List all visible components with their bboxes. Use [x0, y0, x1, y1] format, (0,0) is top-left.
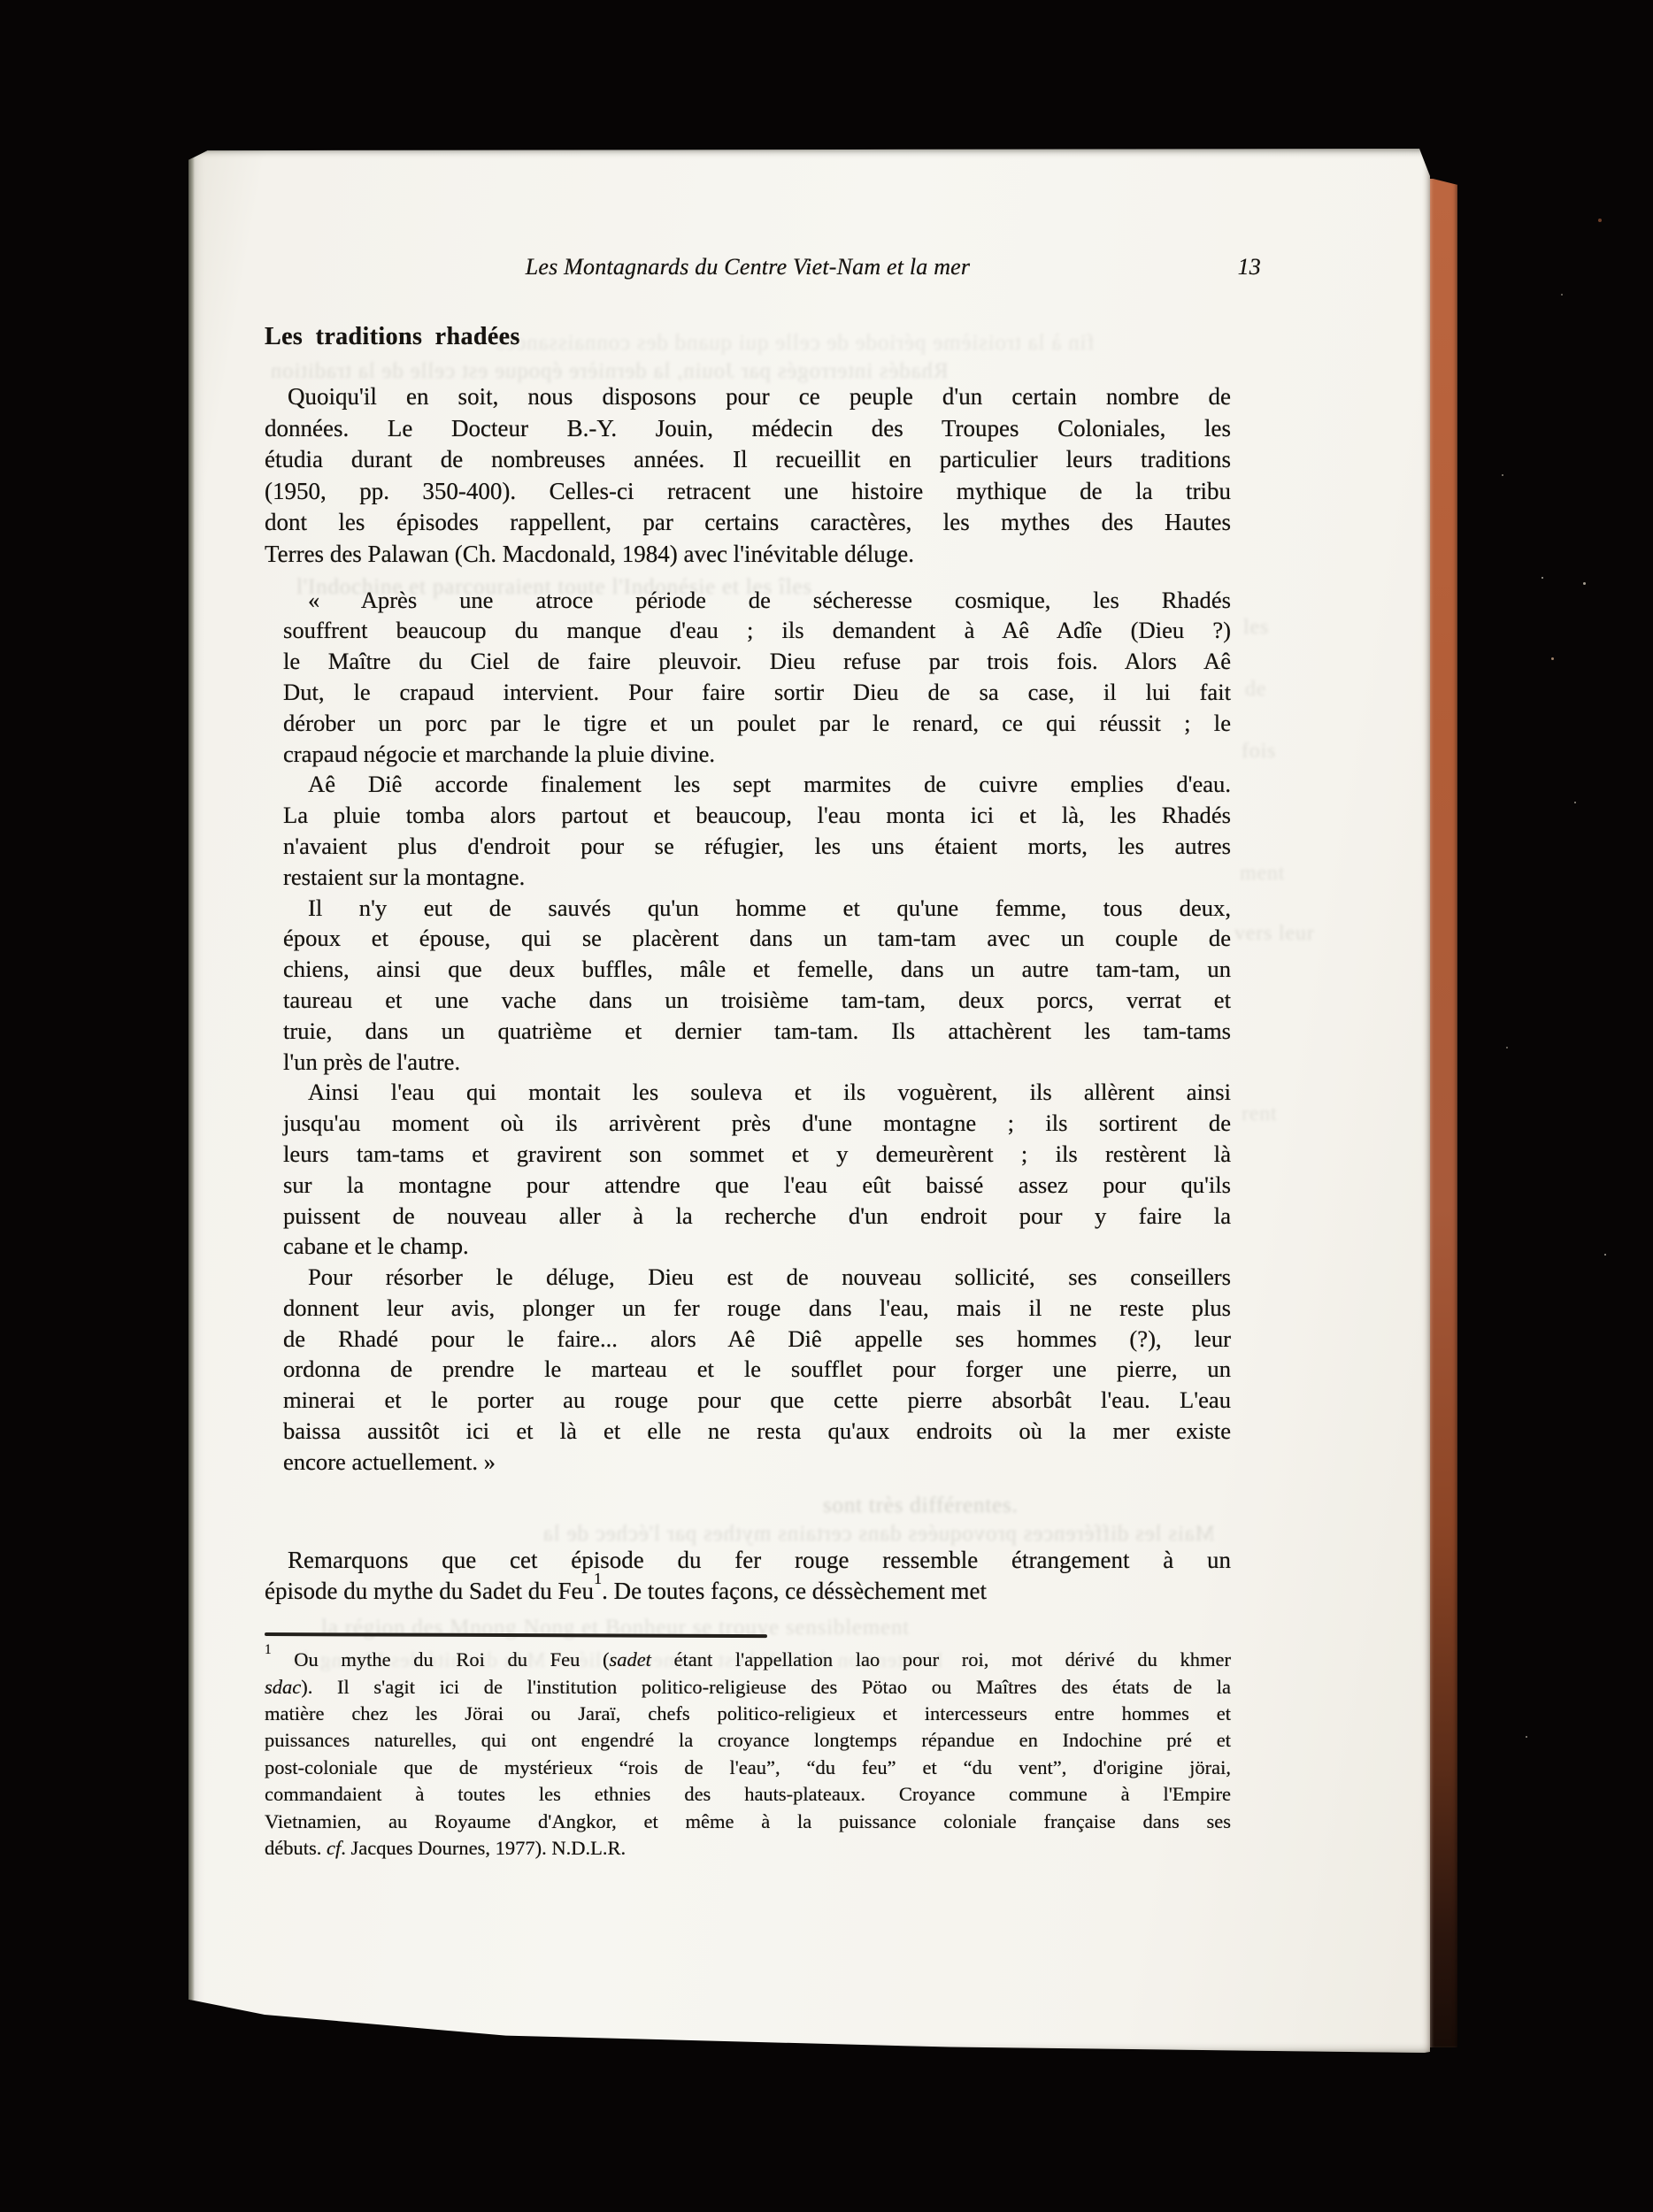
text-segment: épisode du mythe du Sadet du Feu — [265, 1578, 594, 1604]
quote-paragraph: Aê Diê accorde finalement les sept marmi… — [283, 769, 1231, 892]
text-segment: sadet — [609, 1648, 651, 1671]
text-line: de Rhadé pour le faire... alors Aê Diê a… — [283, 1324, 1231, 1355]
dust-speck — [1502, 474, 1503, 476]
text-line: époux et épouse, qui se placèrent dans u… — [283, 923, 1231, 954]
text-line: Vietnamien, au Royaume d'Angkor, et même… — [265, 1809, 1231, 1835]
text-segment: cf — [327, 1837, 341, 1859]
quote-paragraph: Pour résorber le déluge, Dieu est de nou… — [283, 1262, 1231, 1478]
text-line: Ainsi l'eau qui montait les souleva et i… — [283, 1077, 1231, 1108]
dust-speck — [1506, 1047, 1508, 1048]
text-line: Aê Diê accorde finalement les sept marmi… — [283, 769, 1231, 800]
text-line: l'un près de l'autre. — [283, 1047, 1231, 1078]
text-segment: 1 — [265, 1642, 272, 1657]
footnote: 1 Ou mythe du Roi du Feu (sadet étant l'… — [265, 1647, 1231, 1862]
text-line: Il n'y eut de sauvés qu'un homme et qu'u… — [283, 893, 1231, 924]
text-line: étudia durant de nombreuses années. Il r… — [265, 444, 1231, 476]
dust-speck — [1574, 802, 1576, 803]
quote-paragraph: Il n'y eut de sauvés qu'un homme et qu'u… — [283, 893, 1231, 1078]
text-line: (1950, pp. 350-400). Celles-ci retracent… — [265, 476, 1231, 508]
text-line: donnent leur avis, plonger un fer rouge … — [283, 1293, 1231, 1324]
text-line: puissances naturelles, qui ont engendré … — [265, 1727, 1231, 1754]
page-number: 13 — [1238, 252, 1261, 281]
running-header: Les Montagnards du Centre Viet-Nam et la… — [265, 252, 1231, 281]
dust-speck — [1542, 577, 1543, 579]
photo-background: { "book": { "running_header": "Les Monta… — [0, 0, 1653, 2212]
text-line: chiens, ainsi que deux buffles, mâle et … — [283, 954, 1231, 985]
text-line: 1 Ou mythe du Roi du Feu (sadet étant l'… — [265, 1647, 1231, 1673]
text-line: données. Le Docteur B.-Y. Jouin, médecin… — [265, 413, 1231, 445]
text-line: souffrent beaucoup du manque d'eau ; ils… — [283, 615, 1231, 646]
text-line: La pluie tomba alors partout et beaucoup… — [283, 800, 1231, 831]
text-line: débuts. cf. Jacques Dournes, 1977). N.D.… — [265, 1835, 1231, 1862]
text-line: jusqu'au moment où ils arrivèrent près d… — [283, 1108, 1231, 1139]
text-line: baissa aussitôt ici et là et elle ne res… — [283, 1416, 1231, 1447]
text-line: truie, dans un quatrième et dernier tam-… — [283, 1016, 1231, 1047]
text-line: Remarquons que cet épisode du fer rouge … — [265, 1545, 1231, 1577]
text-line: sur la montagne pour attendre que l'eau … — [283, 1170, 1231, 1201]
text-line: le Maître du Ciel de faire pleuvoir. Die… — [283, 646, 1231, 677]
book-page: fin à la troisième période de celle qui … — [188, 149, 1457, 2053]
quote-paragraph: « Après une atroce période de sécheresse… — [283, 585, 1231, 770]
text-line: encore actuellement. » — [283, 1447, 1231, 1478]
text-line: sdac). Il s'agit ici de l'institution po… — [265, 1674, 1231, 1701]
text-line: post-coloniale que de mystérieux “rois d… — [265, 1755, 1231, 1781]
text-segment: ). Il s'agit ici de l'institution politi… — [301, 1676, 1231, 1698]
text-segment: étant l'appellation lao pour roi, mot dé… — [651, 1648, 1231, 1671]
text-segment: Ou mythe du Roi du Feu ( — [272, 1648, 610, 1671]
closing-paragraph: Remarquons que cet épisode du fer rouge … — [265, 1545, 1231, 1608]
running-header-title: Les Montagnards du Centre Viet-Nam et la… — [526, 254, 971, 280]
text-line: « Après une atroce période de sécheresse… — [283, 585, 1231, 616]
text-line: Dut, le crapaud intervient. Pour faire s… — [283, 677, 1231, 708]
quote-block: « Après une atroce période de sécheresse… — [283, 585, 1231, 1478]
text-line: Quoiqu'il en soit, nous disposons pour c… — [265, 381, 1231, 413]
text-line: n'avaient plus d'endroit pour se réfugie… — [283, 831, 1231, 862]
text-line: dont les épisodes rappellent, par certai… — [265, 507, 1231, 539]
text-segment: sdac — [265, 1676, 301, 1698]
text-segment: débuts. — [265, 1837, 327, 1859]
text-line: cabane et le champ. — [283, 1231, 1231, 1262]
dust-speck — [1551, 657, 1554, 660]
page-content: Les Montagnards du Centre Viet-Nam et la… — [265, 149, 1231, 1862]
text-segment: . De toutes façons, ce déssèchement met — [602, 1578, 987, 1604]
text-line: dérober un porc par le tigre et un poule… — [283, 708, 1231, 739]
text-line: minerai et le porter au rouge pour que c… — [283, 1385, 1231, 1416]
text-line: commandaient à toutes les ethnies des ha… — [265, 1781, 1231, 1808]
text-line: taureau et une vache dans un troisième t… — [283, 985, 1231, 1016]
dust-speck — [1561, 294, 1563, 296]
footnote-rule — [265, 1632, 767, 1638]
text-line: leurs tam-tams et gravirent son sommet e… — [283, 1139, 1231, 1170]
dust-speck — [1583, 582, 1586, 585]
quote-paragraph: Ainsi l'eau qui montait les souleva et i… — [283, 1077, 1231, 1262]
text-line: crapaud négocie et marchande la pluie di… — [283, 739, 1231, 770]
book-fore-edge — [1430, 179, 1457, 2047]
text-line: épisode du mythe du Sadet du Feu1. De to… — [265, 1576, 1231, 1608]
text-line: Pour résorber le déluge, Dieu est de nou… — [283, 1262, 1231, 1293]
text-line: Terres des Palawan (Ch. Macdonald, 1984)… — [265, 539, 1231, 571]
text-line: puissent de nouveau aller à la recherche… — [283, 1201, 1231, 1232]
text-line: ordonna de prendre le marteau et le souf… — [283, 1354, 1231, 1385]
dust-speck — [1604, 1254, 1606, 1256]
text-line: restaient sur la montagne. — [283, 862, 1231, 893]
text-segment: 1 — [594, 1570, 602, 1587]
intro-paragraph: Quoiqu'il en soit, nous disposons pour c… — [265, 381, 1231, 571]
text-segment: . Jacques Dournes, 1977). N.D.L.R. — [341, 1837, 626, 1859]
section-heading: Les traditions rhadées — [265, 322, 1231, 352]
dust-speck — [1526, 1736, 1527, 1738]
dust-speck — [1598, 219, 1602, 222]
text-line: matière chez les Jörai ou Jaraï, chefs p… — [265, 1701, 1231, 1727]
